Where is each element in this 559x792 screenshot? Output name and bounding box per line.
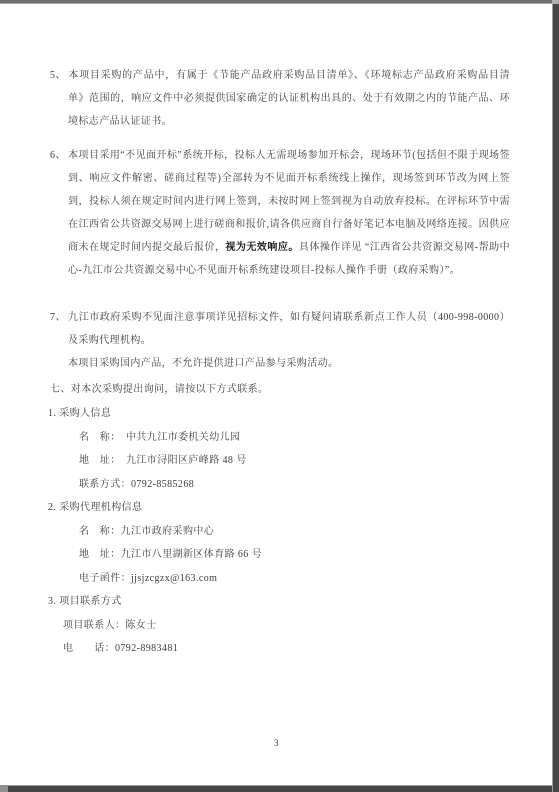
item-7-marker: 7、 [50, 306, 68, 329]
item-7-paragraph-2: 本项目采购国内产品，不允许提供进口产品参与采购活动。 [68, 352, 510, 375]
contact-info-section: 1. 采购人信息 名 称： 中共九江市委机关幼儿园 地 址： 九江市浔阳区庐峰路… [0, 402, 553, 661]
agency-name-line: 名 称：九江市政府采购中心 [0, 520, 553, 544]
agency-info-heading: 2. 采购代理机构信息 [0, 496, 553, 520]
item-6-text-pre: 本项目采用“不见面开标”系统开标，投标人无需现场参加开标会，现场环节(包括但不限… [68, 150, 510, 253]
purchaser-address-line: 地 址： 九江市浔阳区庐峰路 48 号 [0, 449, 553, 473]
item-7-text: 九江市政府采购不见面注意事项详见招标文件，如有疑问请联系新点工作人员 [68, 312, 427, 323]
list-item-7: 7、九江市政府采购不见面注意事项详见招标文件，如有疑问请联系新点工作人员（400… [68, 306, 510, 352]
purchaser-phone-line: 联系方式：0792-8585268 [0, 473, 553, 497]
purchaser-info-heading: 1. 采购人信息 [0, 402, 553, 426]
page-bottom-shadow [8, 785, 552, 792]
page-number: 3 [0, 736, 553, 750]
project-contact-phone-line: 电 话：0792-8983481 [0, 637, 553, 661]
item-6-bold-emphasis: 视为无效响应。 [225, 242, 298, 253]
purchaser-name-line: 名 称： 中共九江市委机关幼儿园 [0, 426, 553, 450]
item-6-marker: 6、 [50, 144, 68, 167]
document-page: 5、本项目采购的产品中，有属于《节能产品政府采购品目清单》、《环境标志产品政府采… [0, 0, 559, 792]
page-bottom-left-corner [0, 785, 8, 792]
agency-address-line: 地 址：九江市八里湖新区体育路 66 号 [0, 543, 553, 567]
item-7-hotline-number: （400-998-0000） [427, 312, 510, 323]
page-top-shadow [0, 0, 559, 4]
item-7-text-cont: 及采购代理机构。 [68, 335, 151, 346]
project-contact-person-line: 项目联系人：陈女士 [0, 614, 553, 638]
page-right-shadow [552, 4, 559, 792]
section-seven-heading: 七、对本次采购提出询问，请按以下方式联系。 [50, 378, 268, 401]
item-5-marker: 5、 [50, 64, 68, 87]
agency-email-line: 电子函件：jjsjzcgzx@163.com [0, 567, 553, 591]
item-5-text: 本项目采购的产品中，有属于《节能产品政府采购品目清单》、《环境标志产品政府采购品… [68, 70, 510, 127]
project-contact-heading: 3. 项目联系方式 [0, 590, 553, 614]
list-item-6: 6、本项目采用“不见面开标”系统开标，投标人无需现场参加开标会，现场环节(包括但… [68, 144, 510, 282]
list-item-5: 5、本项目采购的产品中，有属于《节能产品政府采购品目清单》、《环境标志产品政府采… [68, 64, 510, 133]
